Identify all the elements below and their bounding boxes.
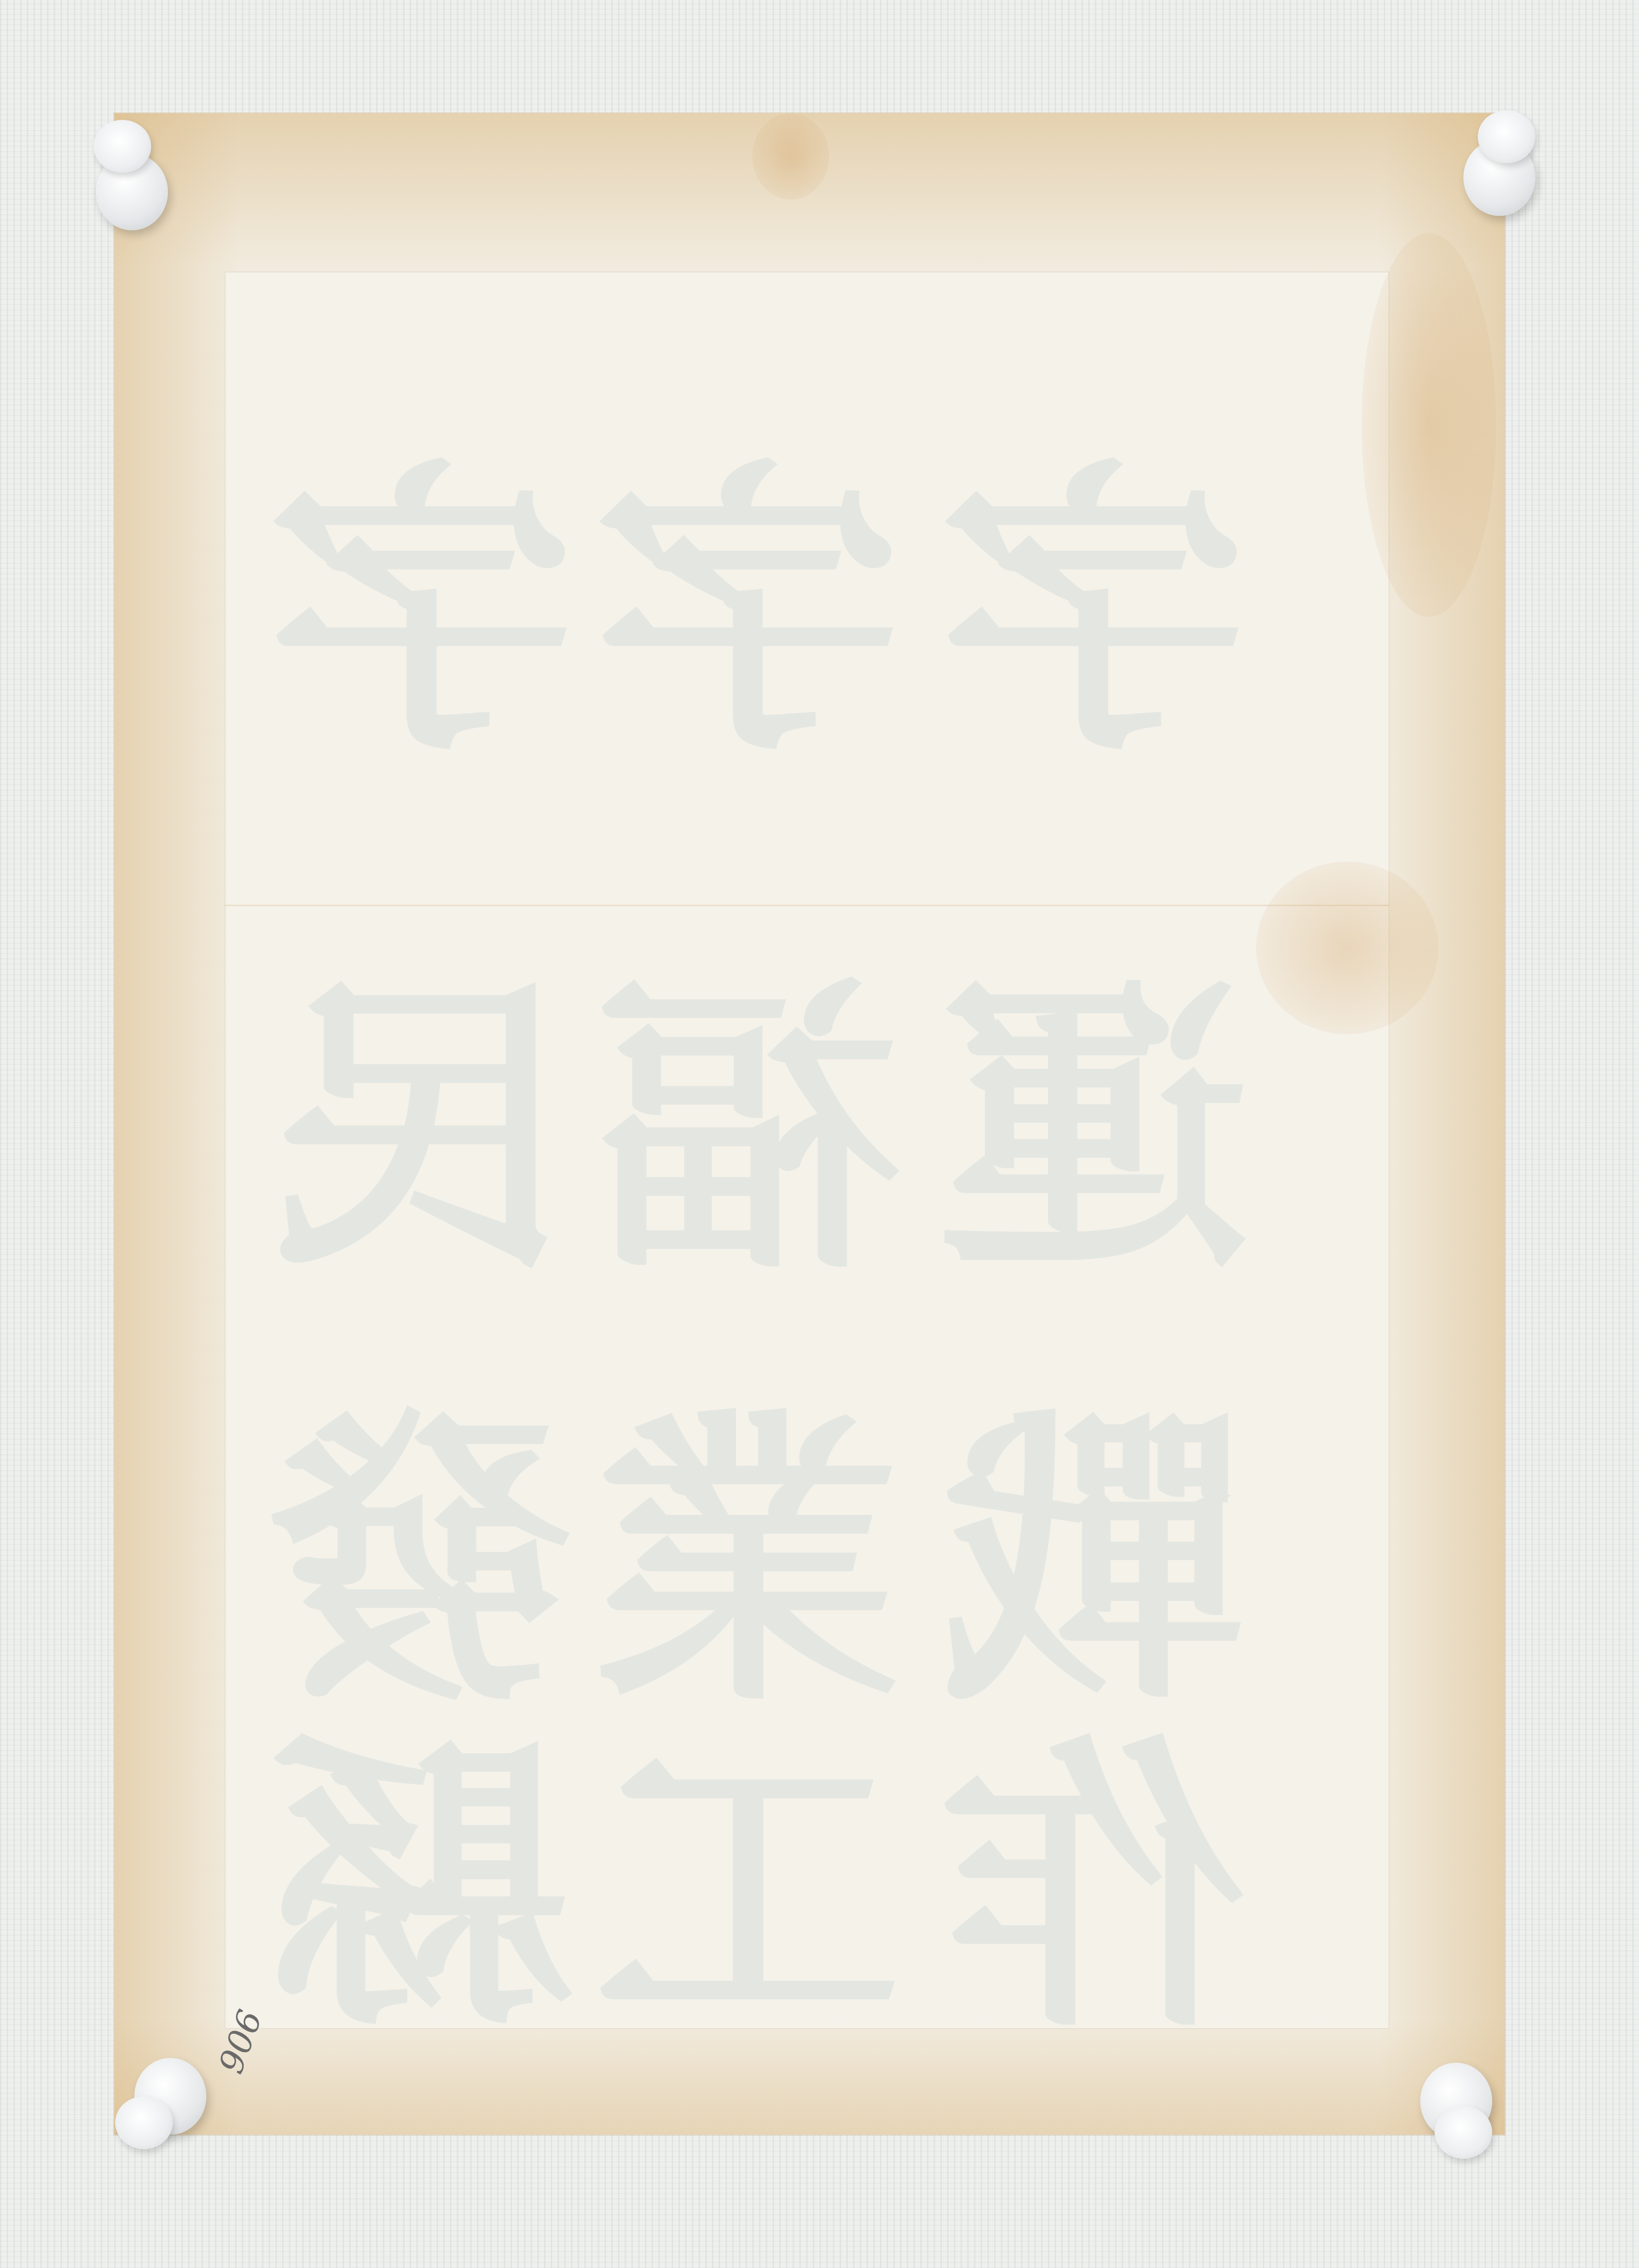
foxing-stain [1362,233,1496,617]
bleed-through-character: 縣 [268,1735,575,2042]
pushpin-top-left[interactable] [67,110,173,235]
pushpin-head [94,120,151,173]
bleed-through-character: 運 [939,977,1247,1284]
pushpin-top-right[interactable] [1454,96,1559,221]
bleed-through-character: 字 [268,459,575,766]
aged-paper-sheet: 字 字 字 民 福 運 發 業 戰 縣 工 作 [114,113,1505,2135]
bleed-through-character: 民 [268,977,575,1284]
pushpin-bottom-left[interactable] [110,2048,216,2173]
bleed-through-character: 福 [594,977,901,1284]
pushpin-bottom-right[interactable] [1401,2058,1507,2183]
paper-fold-line [225,905,1390,906]
pushpin-head [1478,110,1535,163]
bleed-through-character: 業 [594,1408,901,1715]
pushpin-head [1435,2106,1492,2159]
pushpin-head [115,2096,173,2149]
bleed-through-character: 工 [594,1735,901,2042]
foxing-stain [1256,862,1438,1034]
bleed-through-character: 戰 [939,1408,1247,1715]
foxing-stain [752,113,829,200]
bleed-through-character: 發 [268,1408,575,1715]
bleed-through-character: 作 [939,1735,1247,2042]
bleed-through-character: 字 [939,459,1247,766]
bleed-through-character: 字 [594,459,901,766]
